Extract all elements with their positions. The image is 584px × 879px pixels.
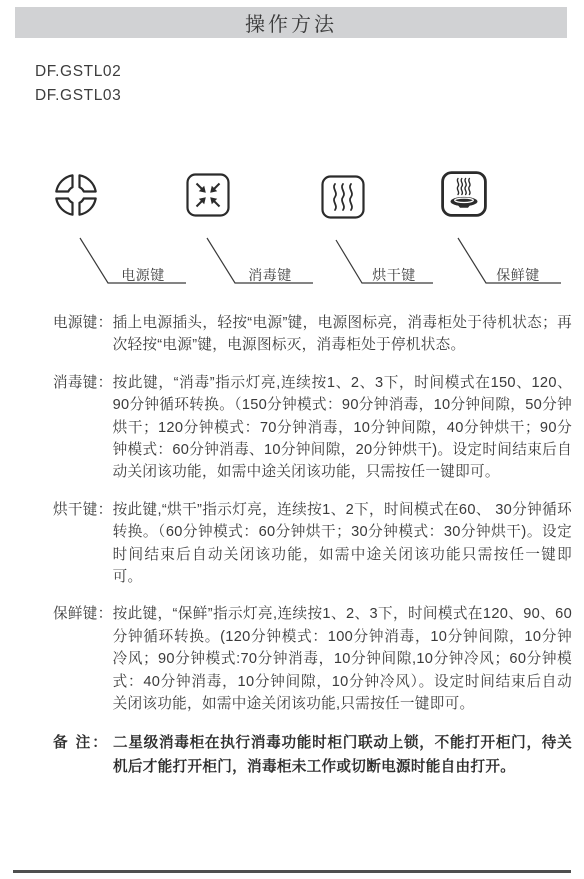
instruction-fresh-text: 按此键，“保鲜”指示灯亮,连续按1、2、3下，时间模式在120、90、60分钟循… xyxy=(113,603,572,715)
model-number-1: DF.GSTL02 xyxy=(35,60,121,84)
power-key-label: 电源键 xyxy=(115,265,171,285)
remark-label: 备 注： xyxy=(53,731,113,779)
footer-rule xyxy=(13,870,571,873)
instruction-disinfect-text: 按此键，“消毒”指示灯亮,连续按1、2、3下，时间模式在150、120、90分钟… xyxy=(113,372,572,484)
instruction-dry-text: 按此键,“烘干”指示灯亮，连续按1、2下，时间模式在60、 30分钟循环转换。（… xyxy=(113,499,572,589)
fresh-key-label: 保鲜键 xyxy=(490,265,546,285)
disinfect-key-label: 消毒键 xyxy=(242,265,298,285)
instruction-dry-label: 烘干键： xyxy=(53,499,113,589)
page-title-bar: 操作方法 xyxy=(15,7,567,38)
instruction-dry: 烘干键： 按此键,“烘干”指示灯亮，连续按1、2下，时间模式在60、 30分钟循… xyxy=(53,499,572,589)
manual-page: 操作方法 DF.GSTL02 DF.GSTL03 xyxy=(0,0,584,879)
power-segmented-ring-icon xyxy=(53,172,99,218)
instruction-power-label: 电源键： xyxy=(53,312,113,357)
instructions-section: 电源键： 插上电源插头，轻按“电源”键，电源图标亮，消毒柜处于待机状态；再次轻按… xyxy=(53,312,572,794)
instruction-power: 电源键： 插上电源插头，轻按“电源”键，电源图标亮，消毒柜处于待机状态；再次轻按… xyxy=(53,312,572,357)
instruction-fresh-label: 保鲜键： xyxy=(53,603,113,715)
arrows-converge-icon xyxy=(185,172,231,218)
instruction-fresh: 保鲜键： 按此键，“保鲜”指示灯亮,连续按1、2、3下，时间模式在120、90、… xyxy=(53,603,572,715)
remark: 备 注： 二星级消毒柜在执行消毒功能时柜门联动上锁，不能打开柜门，待关机后才能打… xyxy=(53,731,572,779)
steam-waves-icon xyxy=(320,174,366,220)
dry-key-label: 烘干键 xyxy=(366,265,422,285)
instruction-disinfect: 消毒键： 按此键，“消毒”指示灯亮,连续按1、2、3下，时间模式在150、120… xyxy=(53,372,572,484)
remark-text: 二星级消毒柜在执行消毒功能时柜门联动上锁，不能打开柜门，待关机后才能打开柜门，消… xyxy=(113,731,572,779)
instruction-disinfect-label: 消毒键： xyxy=(53,372,113,484)
instruction-power-text: 插上电源插头，轻按“电源”键，电源图标亮，消毒柜处于待机状态；再次轻按“电源”键… xyxy=(113,312,572,357)
model-number-2: DF.GSTL03 xyxy=(35,84,121,108)
page-title: 操作方法 xyxy=(245,8,337,37)
model-numbers: DF.GSTL02 DF.GSTL03 xyxy=(35,60,121,108)
steam-over-dish-icon xyxy=(440,170,488,218)
